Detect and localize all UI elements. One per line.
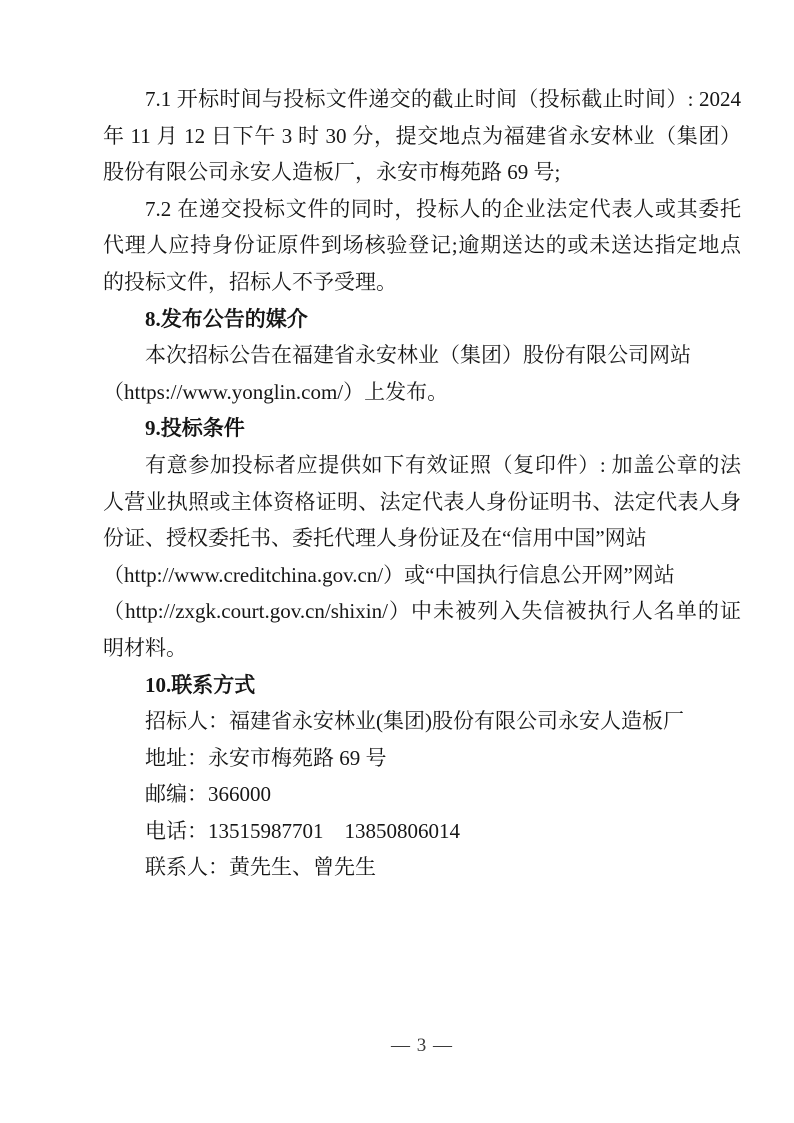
text-line: 份证、授权委托书、委托代理人身份证及在“信用中国”网站	[103, 520, 741, 557]
text-line: 电话：13515987701 13850806014	[103, 813, 741, 850]
text-line: 本次招标公告在福建省永安林业（集团）股份有限公司网站	[103, 337, 741, 374]
text-line: 代理人应持身份证原件到场核验登记;逾期送达的或未送达指定地点	[103, 227, 741, 264]
text-line: （https://www.yonglin.com/）上发布。	[103, 374, 741, 411]
text-line: （http://zxgk.court.gov.cn/shixin/）中未被列入失…	[103, 593, 741, 630]
page-footer: — 3 —	[103, 1035, 741, 1057]
text-line: 7.1 开标时间与投标文件递交的截止时间（投标截止时间）: 2024	[103, 81, 741, 118]
document-page: 7.1 开标时间与投标文件递交的截止时间（投标截止时间）: 2024年 11 月…	[0, 0, 794, 1123]
text-line: 8.发布公告的媒介	[103, 301, 741, 338]
text-line: 人营业执照或主体资格证明、法定代表人身份证明书、法定代表人身	[103, 484, 741, 521]
text-line: 7.2 在递交投标文件的同时，投标人的企业法定代表人或其委托	[103, 191, 741, 228]
text-line: 邮编：366000	[103, 776, 741, 813]
text-line: （http://www.creditchina.gov.cn/）或“中国执行信息…	[103, 557, 741, 594]
text-line: 股份有限公司永安人造板厂，永安市梅苑路 69 号;	[103, 154, 741, 191]
text-line: 联系人：黄先生、曾先生	[103, 849, 741, 886]
text-line: 9.投标条件	[103, 410, 741, 447]
text-line: 招标人：福建省永安林业(集团)股份有限公司永安人造板厂	[103, 703, 741, 740]
text-line: 的投标文件，招标人不予受理。	[103, 264, 741, 301]
text-line: 年 11 月 12 日下午 3 时 30 分，提交地点为福建省永安林业（集团）	[103, 118, 741, 155]
text-line: 地址：永安市梅苑路 69 号	[103, 740, 741, 777]
text-line: 有意参加投标者应提供如下有效证照（复印件）: 加盖公章的法	[103, 447, 741, 484]
document-body: 7.1 开标时间与投标文件递交的截止时间（投标截止时间）: 2024年 11 月…	[103, 81, 741, 886]
text-line: 明材料。	[103, 630, 741, 667]
text-line: 10.联系方式	[103, 667, 741, 704]
page-number: — 3 —	[391, 1035, 453, 1056]
